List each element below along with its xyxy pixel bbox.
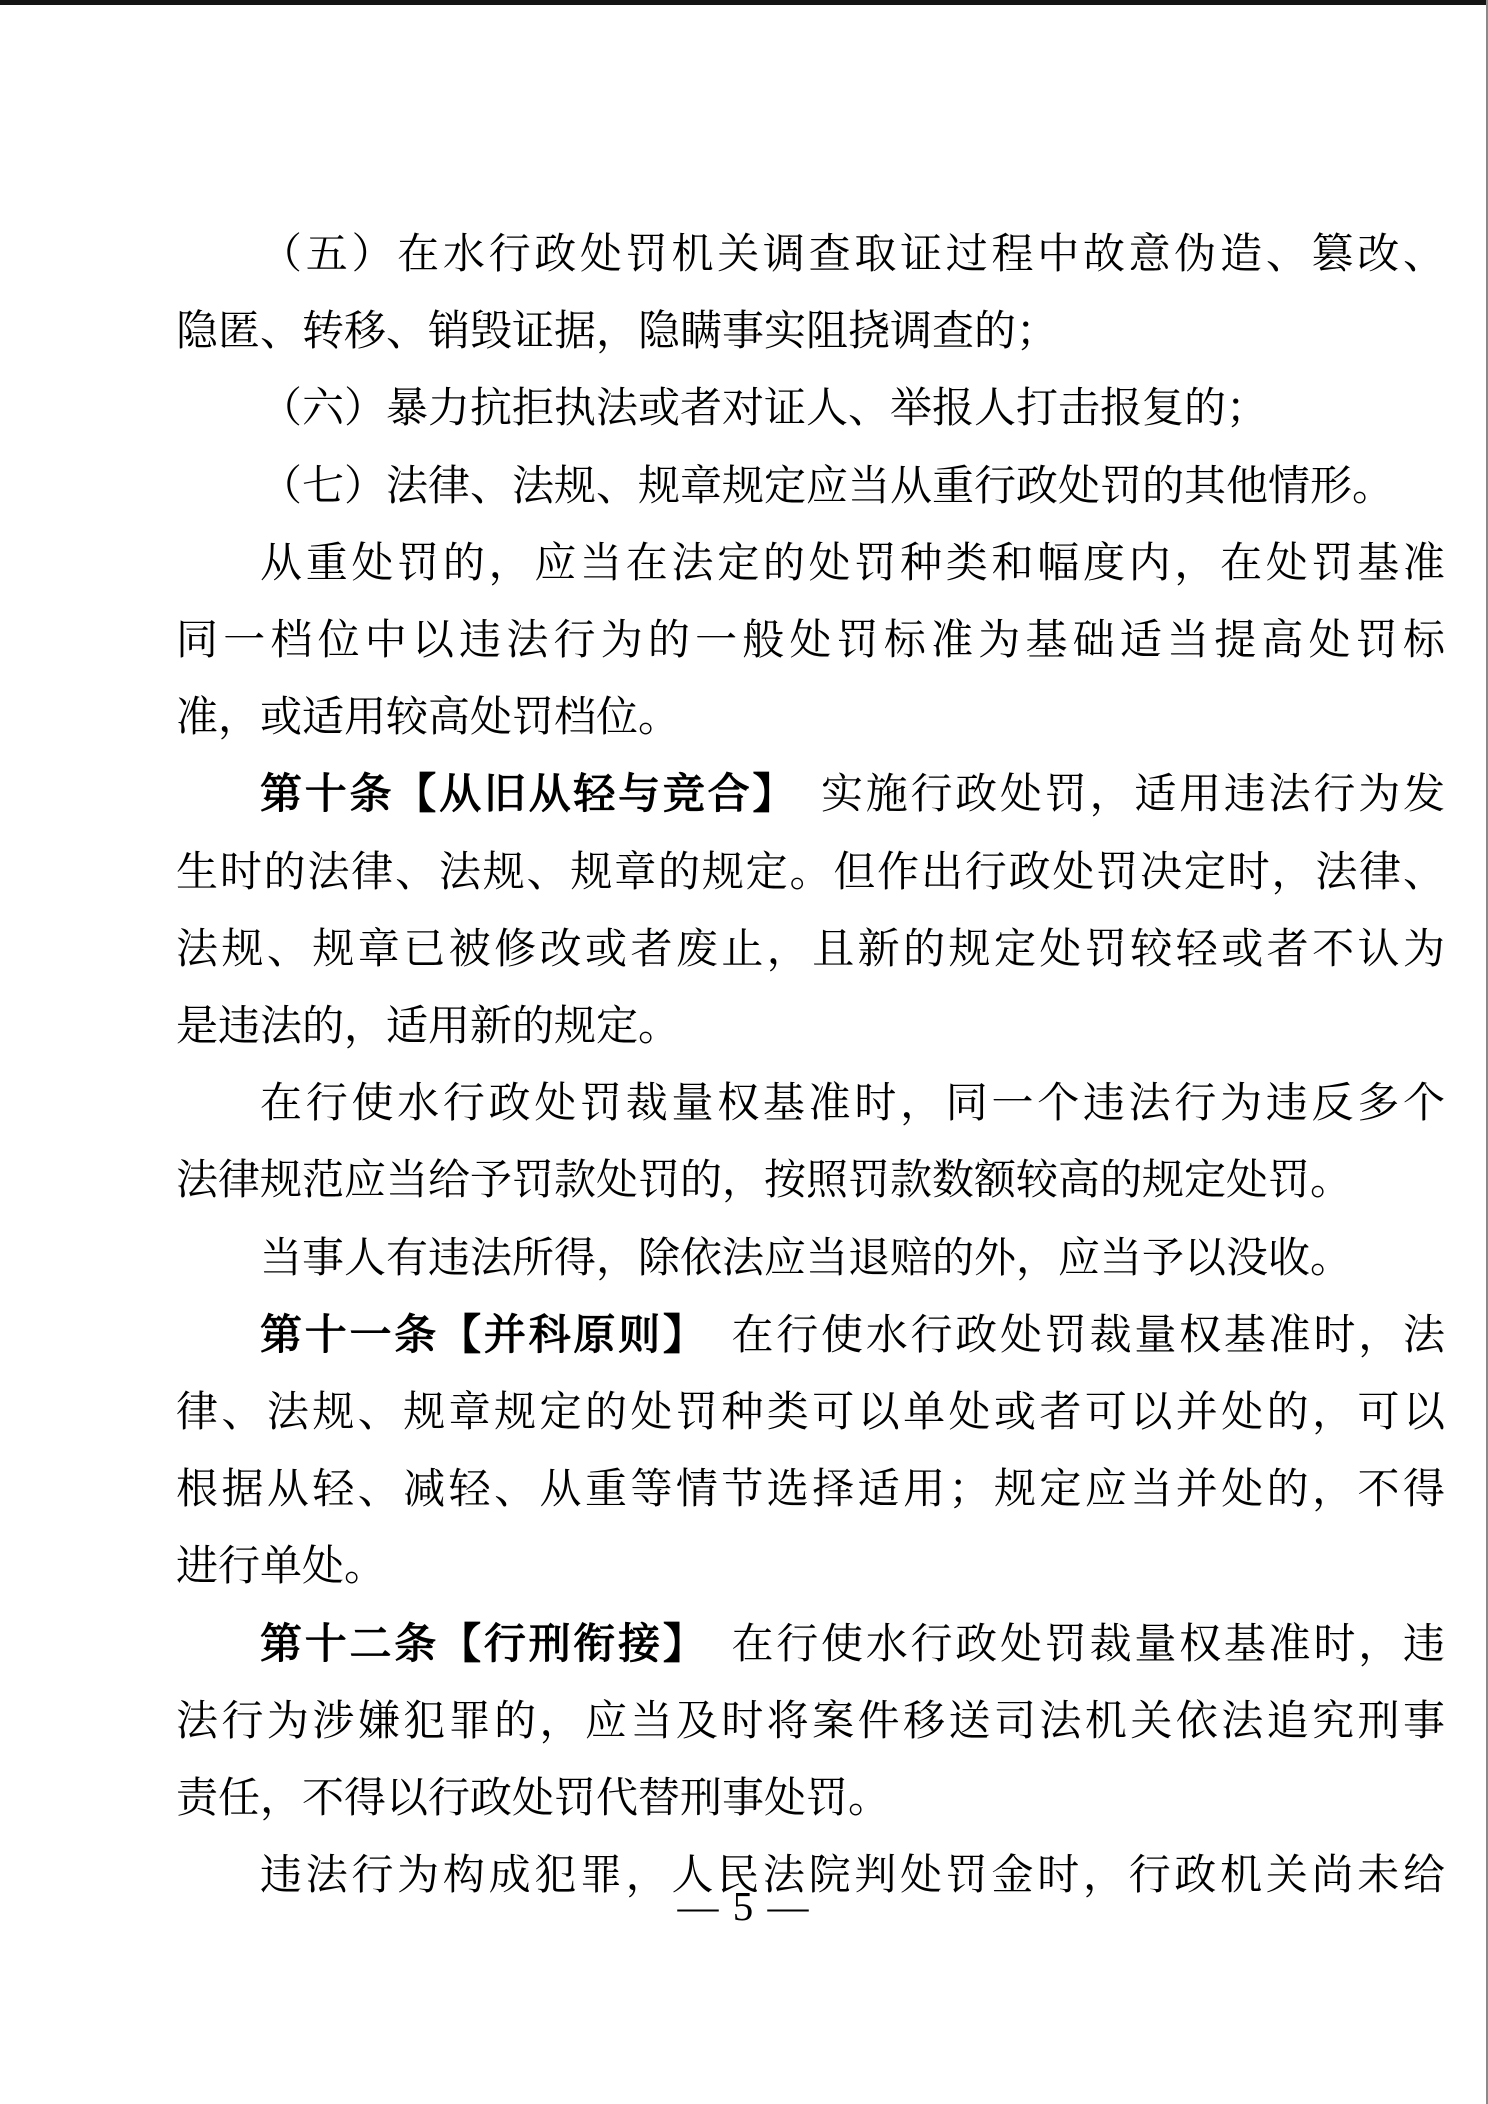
text-line: 法律规范应当给予罚款处罚的，按照罚款数额较高的规定处罚。 xyxy=(176,1142,1445,1219)
text-line: 责任，不得以行政处罚代替刑事处罚。 xyxy=(176,1760,1445,1837)
line-text: 同一档位中以违法行为的一般处罚标准为基础适当提高处罚标 xyxy=(176,618,1445,664)
text-line: （七）法律、法规、规章规定应当从重行政处罚的其他情形。 xyxy=(176,448,1445,525)
text-line: （六）暴力抗拒执法或者对证人、举报人打击报复的； xyxy=(176,370,1445,447)
text-line: 法规、规章已被修改或者废止，且新的规定处罚较轻或者不认为 xyxy=(176,911,1445,988)
line-text: 当事人有违法所得，除依法应当退赔的外，应当予以没收。 xyxy=(260,1236,1352,1282)
text-line: 第十条【从旧从轻与竞合】 实施行政处罚，适用违法行为发 xyxy=(176,756,1445,833)
text-line: 法行为涉嫌犯罪的，应当及时将案件移送司法机关依法追究刑事 xyxy=(176,1683,1445,1760)
text-line: 根据从轻、减轻、从重等情节选择适用；规定应当并处的，不得 xyxy=(176,1451,1445,1528)
line-text: 在行使水行政处罚裁量权基准时，同一个违法行为违反多个 xyxy=(260,1081,1445,1127)
text-line: 律、法规、规章规定的处罚种类可以单处或者可以并处的，可以 xyxy=(176,1374,1445,1451)
article-heading: 第十二条【行刑衔接】 xyxy=(260,1620,687,1667)
line-text: 根据从轻、减轻、从重等情节选择适用；规定应当并处的，不得 xyxy=(176,1467,1445,1513)
text-line: 是违法的，适用新的规定。 xyxy=(176,988,1445,1065)
line-text: 在行使水行政处罚裁量权基准时，法 xyxy=(687,1313,1445,1359)
line-text: 法规、规章已被修改或者废止，且新的规定处罚较轻或者不认为 xyxy=(176,927,1445,973)
line-text: （五）在水行政处罚机关调查取证过程中故意伪造、篡改、 xyxy=(260,232,1445,278)
text-line: （五）在水行政处罚机关调查取证过程中故意伪造、篡改、 xyxy=(176,216,1445,293)
text-line: 从重处罚的，应当在法定的处罚种类和幅度内，在处罚基准 xyxy=(176,525,1445,602)
line-text: 责任，不得以行政处罚代替刑事处罚。 xyxy=(176,1776,890,1822)
text-line: 第十一条【并科原则】 在行使水行政处罚裁量权基准时，法 xyxy=(176,1297,1445,1374)
line-text: 进行单处。 xyxy=(176,1544,386,1590)
line-text: 律、法规、规章规定的处罚种类可以单处或者可以并处的，可以 xyxy=(176,1390,1445,1436)
line-text: 法行为涉嫌犯罪的，应当及时将案件移送司法机关依法追究刑事 xyxy=(176,1699,1445,1745)
text-line: 生时的法律、法规、规章的规定。但作出行政处罚决定时，法律、 xyxy=(176,834,1445,911)
document-text-block: （五）在水行政处罚机关调查取证过程中故意伪造、篡改、 隐匿、转移、销毁证据，隐瞒… xyxy=(176,216,1445,1914)
text-line: 同一档位中以违法行为的一般处罚标准为基础适当提高处罚标 xyxy=(176,602,1445,679)
document-page: { "document": { "lines": [ { "text": "（五… xyxy=(0,0,1488,2104)
page-number: — 5 — xyxy=(0,1882,1488,1930)
scan-artifact-top-edge xyxy=(0,0,1488,5)
line-text: 准，或适用较高处罚档位。 xyxy=(176,695,680,741)
line-text: 从重处罚的，应当在法定的处罚种类和幅度内，在处罚基准 xyxy=(260,541,1445,587)
text-line: 进行单处。 xyxy=(176,1528,1445,1605)
text-line: 准，或适用较高处罚档位。 xyxy=(176,679,1445,756)
line-text: （六）暴力抗拒执法或者对证人、举报人打击报复的； xyxy=(260,386,1268,432)
text-line: 在行使水行政处罚裁量权基准时，同一个违法行为违反多个 xyxy=(176,1065,1445,1142)
text-line: 第十二条【行刑衔接】 在行使水行政处罚裁量权基准时，违 xyxy=(176,1606,1445,1683)
text-line: 隐匿、转移、销毁证据，隐瞒事实阻挠调查的； xyxy=(176,293,1445,370)
article-heading: 第十条【从旧从轻与竞合】 xyxy=(260,770,776,817)
line-text: 实施行政处罚，适用违法行为发 xyxy=(776,772,1445,818)
article-heading: 第十一条【并科原则】 xyxy=(260,1311,687,1358)
line-text: 法律规范应当给予罚款处罚的，按照罚款数额较高的规定处罚。 xyxy=(176,1158,1352,1204)
line-text: 隐匿、转移、销毁证据，隐瞒事实阻挠调查的； xyxy=(176,309,1058,355)
line-text: （七）法律、法规、规章规定应当从重行政处罚的其他情形。 xyxy=(260,464,1394,510)
line-text: 是违法的，适用新的规定。 xyxy=(176,1004,680,1050)
line-text: 生时的法律、法规、规章的规定。但作出行政处罚决定时，法律、 xyxy=(176,850,1445,896)
line-text: 在行使水行政处罚裁量权基准时，违 xyxy=(687,1622,1445,1668)
text-line: 当事人有违法所得，除依法应当退赔的外，应当予以没收。 xyxy=(176,1220,1445,1297)
